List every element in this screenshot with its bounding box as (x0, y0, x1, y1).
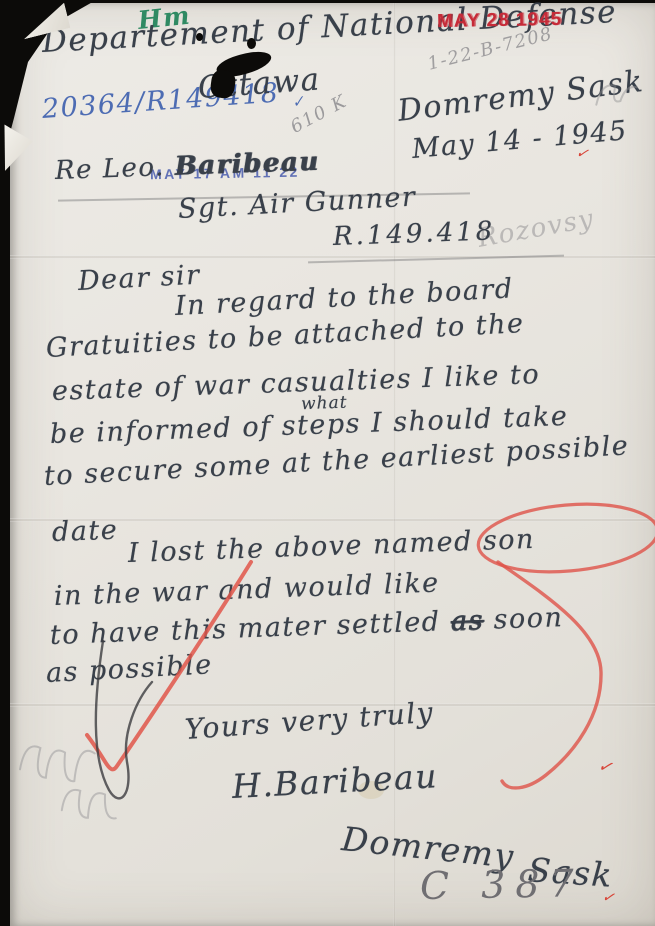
pencil-footer-code: C 387 (420, 861, 584, 908)
struck-word: as (450, 605, 484, 637)
date-received-stamp: MAY 28 1945 (437, 9, 562, 33)
re-name-crossed: Baribeau (174, 147, 320, 182)
body-line-9-end: soon (483, 602, 564, 636)
re-prefix: Re Leo. (54, 152, 175, 186)
paper-hole (196, 33, 203, 41)
red-check-icon: ✓ (601, 887, 617, 907)
inserted-word: what (301, 393, 348, 415)
paper-hole (247, 38, 256, 49)
scanned-letter-page: { "document": { "green_initials": "Hm", … (0, 0, 655, 926)
body-line-6: date (51, 515, 118, 548)
service-number: R.149.418 (332, 216, 495, 252)
